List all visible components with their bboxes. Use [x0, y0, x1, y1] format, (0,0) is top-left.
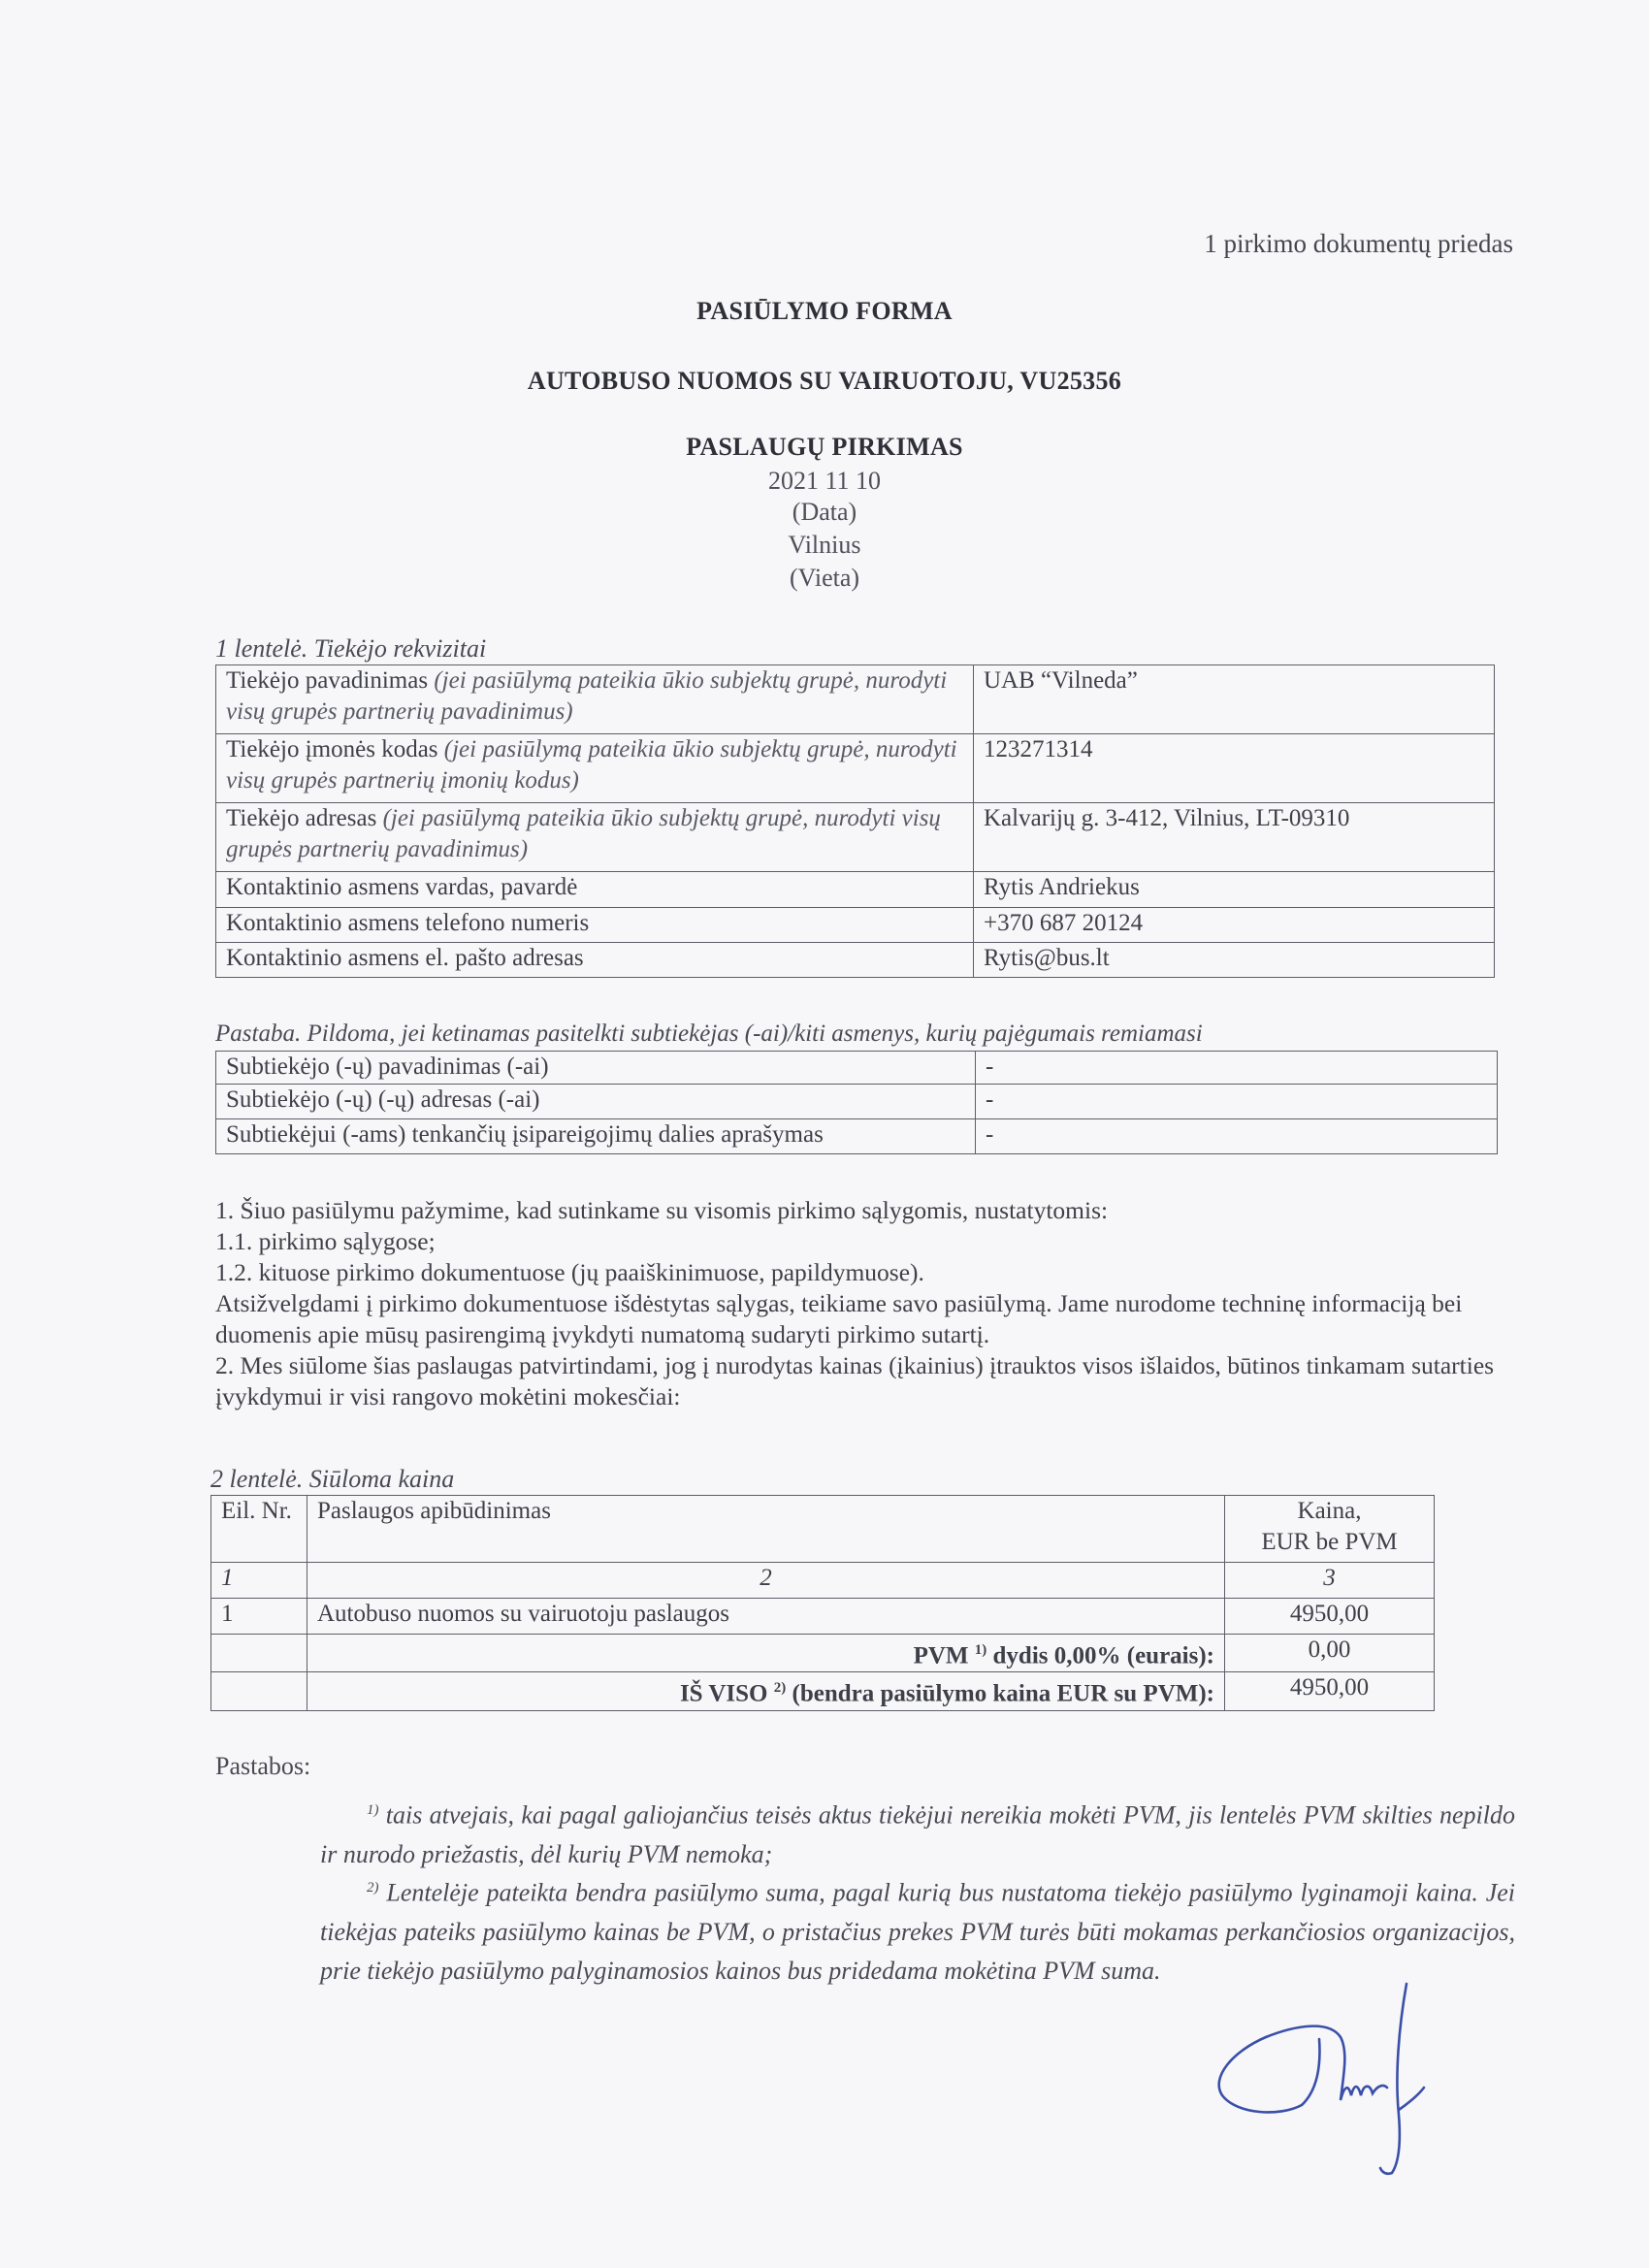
- supplier-details-table: Tiekėjo pavadinimas (jei pasiūlymą patei…: [215, 664, 1495, 978]
- table-row: Subtiekėjo (-ų) pavadinimas (-ai) -: [216, 1052, 1498, 1085]
- paragraph: 2. Mes siūlome šias paslaugas patvirtind…: [215, 1350, 1515, 1412]
- row-label: Kontaktinio asmens el. pašto adresas: [216, 943, 974, 978]
- subcontractor-caption: Pastaba. Pildoma, jei ketinamas pasitelk…: [215, 1021, 1203, 1048]
- price-header-line2: EUR be PVM: [1235, 1527, 1424, 1558]
- table-row: Subtiekėjo (-ų) (-ų) adresas (-ai) -: [216, 1085, 1498, 1119]
- document-title: PASIŪLYMO FORMA: [0, 297, 1649, 326]
- empty-cell: [211, 1672, 307, 1711]
- row-label: Tiekėjo pavadinimas (jei pasiūlymą patei…: [216, 665, 974, 734]
- paragraph: Atsižvelgdami į pirkimo dokumentuose išd…: [215, 1288, 1515, 1350]
- table-row: Kontaktinio asmens telefono numeris +370…: [216, 908, 1495, 943]
- row-label: Kontaktinio asmens vardas, pavardė: [216, 872, 974, 908]
- footnote-marker: 2): [367, 1880, 379, 1895]
- table2-caption: 2 lentelė. Siūloma kaina: [210, 1465, 454, 1494]
- item-no: 1: [211, 1599, 307, 1635]
- date-label: (Data): [0, 497, 1649, 528]
- vat-row: PVM 1) dydis 0,00% (eurais): 0,00: [211, 1635, 1435, 1672]
- item-price: 4950,00: [1225, 1599, 1435, 1635]
- table-row: Kontaktinio asmens el. pašto adresas Ryt…: [216, 943, 1495, 978]
- table-row: 1 Autobuso nuomos su vairuotoju paslaugo…: [211, 1599, 1435, 1635]
- contact-phone-value: +370 687 20124: [974, 908, 1495, 943]
- col-header-price: Kaina, EUR be PVM: [1225, 1496, 1435, 1563]
- table1-caption: 1 lentelė. Tiekėjo rekvizitai: [215, 634, 486, 664]
- index-price: 3: [1225, 1563, 1435, 1599]
- footnote-ref: 2): [774, 1680, 787, 1696]
- empty-cell: [211, 1635, 307, 1672]
- total-label-pre: IŠ VISO: [680, 1681, 774, 1707]
- total-label: IŠ VISO 2) (bendra pasiūlymo kaina EUR s…: [307, 1672, 1225, 1711]
- row-label: Subtiekėjo (-ų) (-ų) adresas (-ai): [216, 1085, 976, 1119]
- total-row: IŠ VISO 2) (bendra pasiūlymo kaina EUR s…: [211, 1672, 1435, 1711]
- table-row: Tiekėjo pavadinimas (jei pasiūlymą patei…: [216, 665, 1495, 734]
- price-header-line1: Kaina,: [1235, 1496, 1424, 1527]
- footnote-marker: 1): [367, 1802, 379, 1818]
- place-value: Vilnius: [0, 530, 1649, 561]
- table-row: Kontaktinio asmens vardas, pavardė Rytis…: [216, 872, 1495, 908]
- row-label: Subtiekėjui (-ams) tenkančių įsipareigoj…: [216, 1119, 976, 1154]
- body-text: 1. Šiuo pasiūlymu pažymime, kad sutinkam…: [215, 1195, 1515, 1412]
- col-header-desc: Paslaugos apibūdinimas: [307, 1496, 1225, 1563]
- table-row: Tiekėjo adresas (jei pasiūlymą pateikia …: [216, 803, 1495, 872]
- row-value: -: [976, 1052, 1498, 1085]
- table-row: Subtiekėjui (-ams) tenkančių įsipareigoj…: [216, 1119, 1498, 1154]
- price-table: Eil. Nr. Paslaugos apibūdinimas Kaina, E…: [210, 1495, 1435, 1711]
- company-code-value: 123271314: [974, 734, 1495, 803]
- vat-value: 0,00: [1225, 1635, 1435, 1672]
- date-value: 2021 11 10: [0, 466, 1649, 497]
- row-label: Tiekėjo įmonės kodas (jei pasiūlymą pate…: [216, 734, 974, 803]
- note-1: 1) tais atvejais, kai pagal galiojančius…: [320, 1791, 1515, 1874]
- paragraph: 1.2. kituose pirkimo dokumentuose (jų pa…: [215, 1257, 1515, 1288]
- label-text: Tiekėjo įmonės kodas: [226, 736, 438, 762]
- place-label: (Vieta): [0, 563, 1649, 594]
- total-label-post: (bendra pasiūlymo kaina EUR su PVM):: [786, 1681, 1214, 1707]
- vat-label: PVM 1) dydis 0,00% (eurais):: [307, 1635, 1225, 1672]
- row-label: Tiekėjo adresas (jei pasiūlymą pateikia …: [216, 803, 974, 872]
- footnote-ref: 1): [975, 1642, 987, 1658]
- subcontractor-table: Subtiekėjo (-ų) pavadinimas (-ai) - Subt…: [215, 1051, 1498, 1154]
- vat-label-post: dydis 0,00% (eurais):: [986, 1642, 1214, 1669]
- address-value: Kalvarijų g. 3-412, Vilnius, LT-09310: [974, 803, 1495, 872]
- supplier-name-value: UAB “Vilneda”: [974, 665, 1495, 734]
- header-row: Eil. Nr. Paslaugos apibūdinimas Kaina, E…: [211, 1496, 1435, 1563]
- row-label: Subtiekėjo (-ų) pavadinimas (-ai): [216, 1052, 976, 1085]
- note-text: tais atvejais, kai pagal galiojančius te…: [320, 1801, 1515, 1868]
- contact-email-value: Rytis@bus.lt: [974, 943, 1495, 978]
- signature-icon: [1193, 1969, 1484, 2183]
- index-row: 1 2 3: [211, 1563, 1435, 1599]
- col-header-no: Eil. Nr.: [211, 1496, 307, 1563]
- index-no: 1: [211, 1563, 307, 1599]
- item-desc: Autobuso nuomos su vairuotoju paslaugos: [307, 1599, 1225, 1635]
- total-value: 4950,00: [1225, 1672, 1435, 1711]
- notes-title: Pastabos:: [215, 1752, 310, 1781]
- procurement-type: PASLAUGŲ PIRKIMAS: [0, 433, 1649, 462]
- vat-label-pre: PVM: [914, 1642, 975, 1669]
- index-desc: 2: [307, 1563, 1225, 1599]
- document-subject: AUTOBUSO NUOMOS SU VAIRUOTOJU, VU25356: [0, 367, 1649, 396]
- row-label: Kontaktinio asmens telefono numeris: [216, 908, 974, 943]
- paragraph: 1.1. pirkimo sąlygose;: [215, 1226, 1515, 1257]
- row-value: -: [976, 1085, 1498, 1119]
- contact-name-value: Rytis Andriekus: [974, 872, 1495, 908]
- row-value: -: [976, 1119, 1498, 1154]
- paragraph: 1. Šiuo pasiūlymu pažymime, kad sutinkam…: [215, 1195, 1515, 1226]
- label-text: Tiekėjo adresas: [226, 805, 376, 831]
- table-row: Tiekėjo įmonės kodas (jei pasiūlymą pate…: [216, 734, 1495, 803]
- label-text: Tiekėjo pavadinimas: [226, 667, 428, 694]
- annex-label: 1 pirkimo dokumentų priedas: [1204, 229, 1513, 259]
